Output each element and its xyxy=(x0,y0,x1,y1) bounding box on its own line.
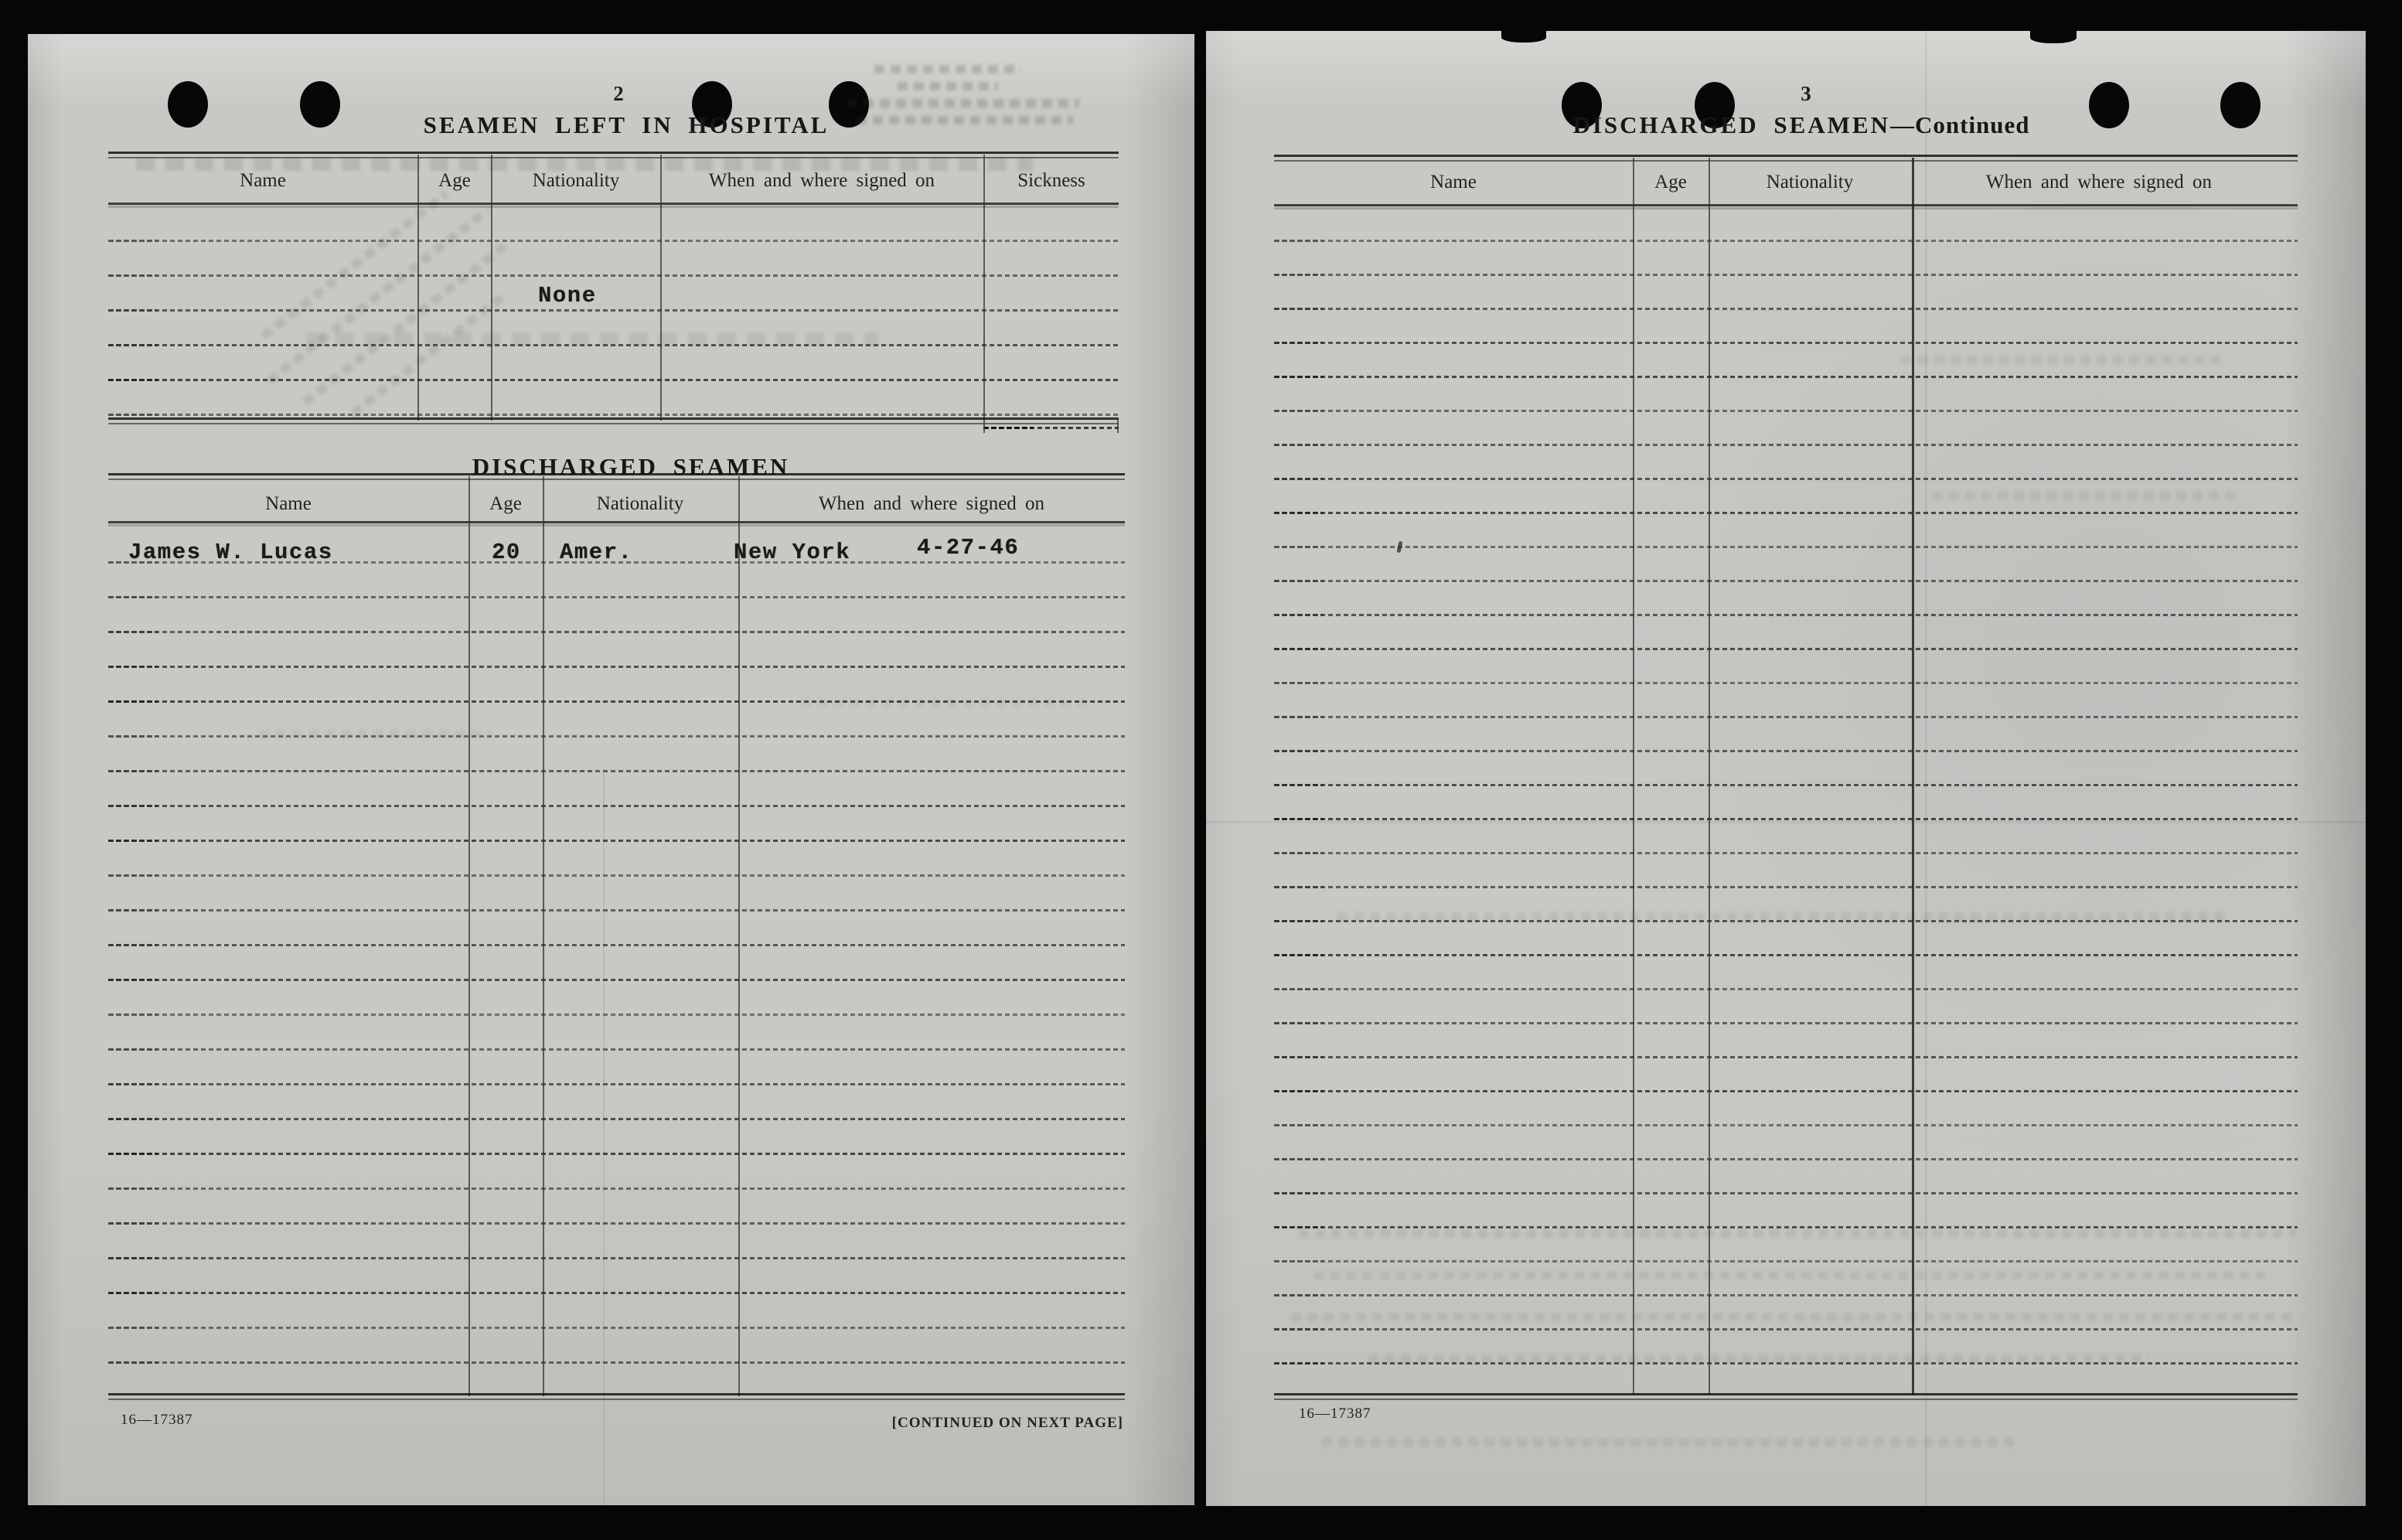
ruled-dotted-line xyxy=(108,631,1125,633)
ruled-dotted-line xyxy=(1274,1056,2298,1058)
ruled-dotted-line xyxy=(1274,444,2298,446)
ruled-dotted-line xyxy=(983,427,1119,429)
ruled-dotted-line xyxy=(108,840,1125,842)
ruled-dotted-line xyxy=(1274,750,2298,752)
ruled-dotted-line xyxy=(108,1327,1125,1329)
ruled-dotted-line xyxy=(1274,614,2298,616)
header-underline xyxy=(108,203,1119,205)
header-underline xyxy=(108,521,1125,523)
page-number: 2 xyxy=(613,82,624,106)
column-header-nationality: Nationality xyxy=(533,170,619,192)
ruled-dotted-line xyxy=(1274,240,2298,242)
ruled-dotted-line xyxy=(108,700,1125,703)
ruled-dotted-line xyxy=(108,1118,1125,1120)
ruled-dotted-line xyxy=(108,979,1125,981)
ruled-dotted-line xyxy=(108,1187,1125,1190)
ruled-dotted-line xyxy=(1274,308,2298,310)
column-divider xyxy=(1117,419,1119,433)
fold-crease xyxy=(1925,31,1927,1506)
ruled-dotted-line xyxy=(1274,376,2298,378)
form-number: 16—17387 xyxy=(1299,1405,1371,1422)
ruled-dotted-line xyxy=(108,1292,1125,1294)
title-main: DISCHARGED SEAMEN xyxy=(1572,111,1890,138)
ruled-dotted-line xyxy=(1274,1022,2298,1024)
ruled-dotted-line xyxy=(1274,1124,2298,1126)
ruled-dotted-line xyxy=(108,1153,1125,1155)
ruled-dotted-line xyxy=(108,666,1125,668)
column-header-signed-on: When and where signed on xyxy=(819,493,1044,515)
ruled-dotted-line xyxy=(1274,954,2298,956)
column-header-signed-on: When and where signed on xyxy=(709,170,935,192)
ruled-dotted-line xyxy=(1274,1192,2298,1194)
ruled-dotted-line xyxy=(1274,1260,2298,1262)
ruled-dotted-line xyxy=(1274,648,2298,650)
continued-note: [CONTINUED ON NEXT PAGE] xyxy=(892,1415,1123,1432)
bleed-through-smudge xyxy=(1206,31,2366,1506)
ruled-dotted-line xyxy=(1274,886,2298,888)
column-header-sickness: Sickness xyxy=(1017,170,1085,192)
ruled-dotted-line xyxy=(1274,342,2298,344)
column-divider xyxy=(983,419,985,433)
ruled-dotted-line xyxy=(1274,546,2298,548)
table-bottom-rule xyxy=(108,1393,1125,1400)
column-header-name: Name xyxy=(240,170,286,192)
right-page: 3 DISCHARGED SEAMEN—Continued Name Age N… xyxy=(1206,31,2366,1506)
ruled-dotted-line xyxy=(1274,512,2298,514)
column-header-name: Name xyxy=(1430,172,1477,193)
ruled-dotted-line xyxy=(108,805,1125,807)
ruled-dotted-line xyxy=(1274,818,2298,820)
ruled-dotted-line xyxy=(108,770,1125,772)
table-top-rule xyxy=(1274,155,2298,162)
fold-crease xyxy=(1206,821,2366,823)
header-underline xyxy=(1274,204,2298,206)
column-header-age: Age xyxy=(1654,172,1687,193)
ruled-dotted-line xyxy=(1274,716,2298,718)
ruled-dotted-line xyxy=(108,596,1125,598)
column-header-signed-on: When and where signed on xyxy=(1986,172,2212,193)
ruled-dotted-line xyxy=(108,561,1125,564)
column-header-nationality: Nationality xyxy=(1767,172,1853,193)
column-header-age: Age xyxy=(489,493,522,515)
left-page: 2 SEAMEN LEFT IN HOSPITAL Name Age Natio… xyxy=(28,34,1194,1505)
ruled-dotted-line xyxy=(1274,580,2298,582)
ruled-dotted-line xyxy=(1274,920,2298,922)
microfilm-scan: 2 SEAMEN LEFT IN HOSPITAL Name Age Natio… xyxy=(0,0,2402,1540)
ruled-dotted-line xyxy=(108,874,1125,877)
table-bottom-rule xyxy=(1274,1393,2298,1400)
ruled-dotted-line xyxy=(1274,410,2298,412)
ruled-dotted-line xyxy=(1274,852,2298,854)
ruled-dotted-line xyxy=(1274,682,2298,684)
column-header-nationality: Nationality xyxy=(597,493,683,515)
ruled-dotted-line xyxy=(108,944,1125,946)
table-top-rule xyxy=(108,152,1119,158)
column-header-age: Age xyxy=(438,170,471,192)
ruled-dotted-line xyxy=(108,274,1119,277)
ruled-dotted-line xyxy=(108,1361,1125,1364)
table-bottom-rule xyxy=(108,417,1119,424)
form-number: 16—17387 xyxy=(121,1412,193,1429)
ruled-dotted-line xyxy=(108,1257,1125,1259)
ruled-dotted-line xyxy=(108,1014,1125,1016)
ruled-dotted-line xyxy=(1274,1226,2298,1228)
ruled-dotted-line xyxy=(1274,988,2298,990)
column-header-name: Name xyxy=(265,493,312,515)
entry-signed-on-date: 4-27-46 xyxy=(917,535,1019,560)
ruled-dotted-line xyxy=(108,1048,1125,1051)
title-suffix: —Continued xyxy=(1890,111,2030,138)
ruled-dotted-line xyxy=(1274,1362,2298,1365)
ruled-dotted-line xyxy=(108,414,1119,416)
ruled-dotted-line xyxy=(108,344,1119,346)
ruled-dotted-line xyxy=(108,379,1119,381)
hospital-none-entry: None xyxy=(538,283,597,308)
ruled-dotted-line xyxy=(108,909,1125,911)
ruled-dotted-line xyxy=(1274,784,2298,786)
continued-table-title: DISCHARGED SEAMEN—Continued xyxy=(1572,111,2029,139)
ruled-dotted-line xyxy=(108,309,1119,312)
hospital-table-title: SEAMEN LEFT IN HOSPITAL xyxy=(424,111,830,139)
ruled-dotted-line xyxy=(1274,1158,2298,1160)
ruled-dotted-line xyxy=(1274,1090,2298,1092)
ruled-dotted-line xyxy=(1274,1294,2298,1296)
ruled-dotted-line xyxy=(108,240,1119,242)
ruled-dotted-line xyxy=(108,1083,1125,1085)
ruled-dotted-line xyxy=(108,1222,1125,1225)
page-number: 3 xyxy=(1801,82,1811,106)
ruled-dotted-line xyxy=(1274,478,2298,480)
ruled-dotted-line xyxy=(1274,1328,2298,1330)
table-top-rule xyxy=(108,473,1125,480)
ruled-dotted-line xyxy=(1274,274,2298,276)
ruled-dotted-line xyxy=(108,735,1125,738)
